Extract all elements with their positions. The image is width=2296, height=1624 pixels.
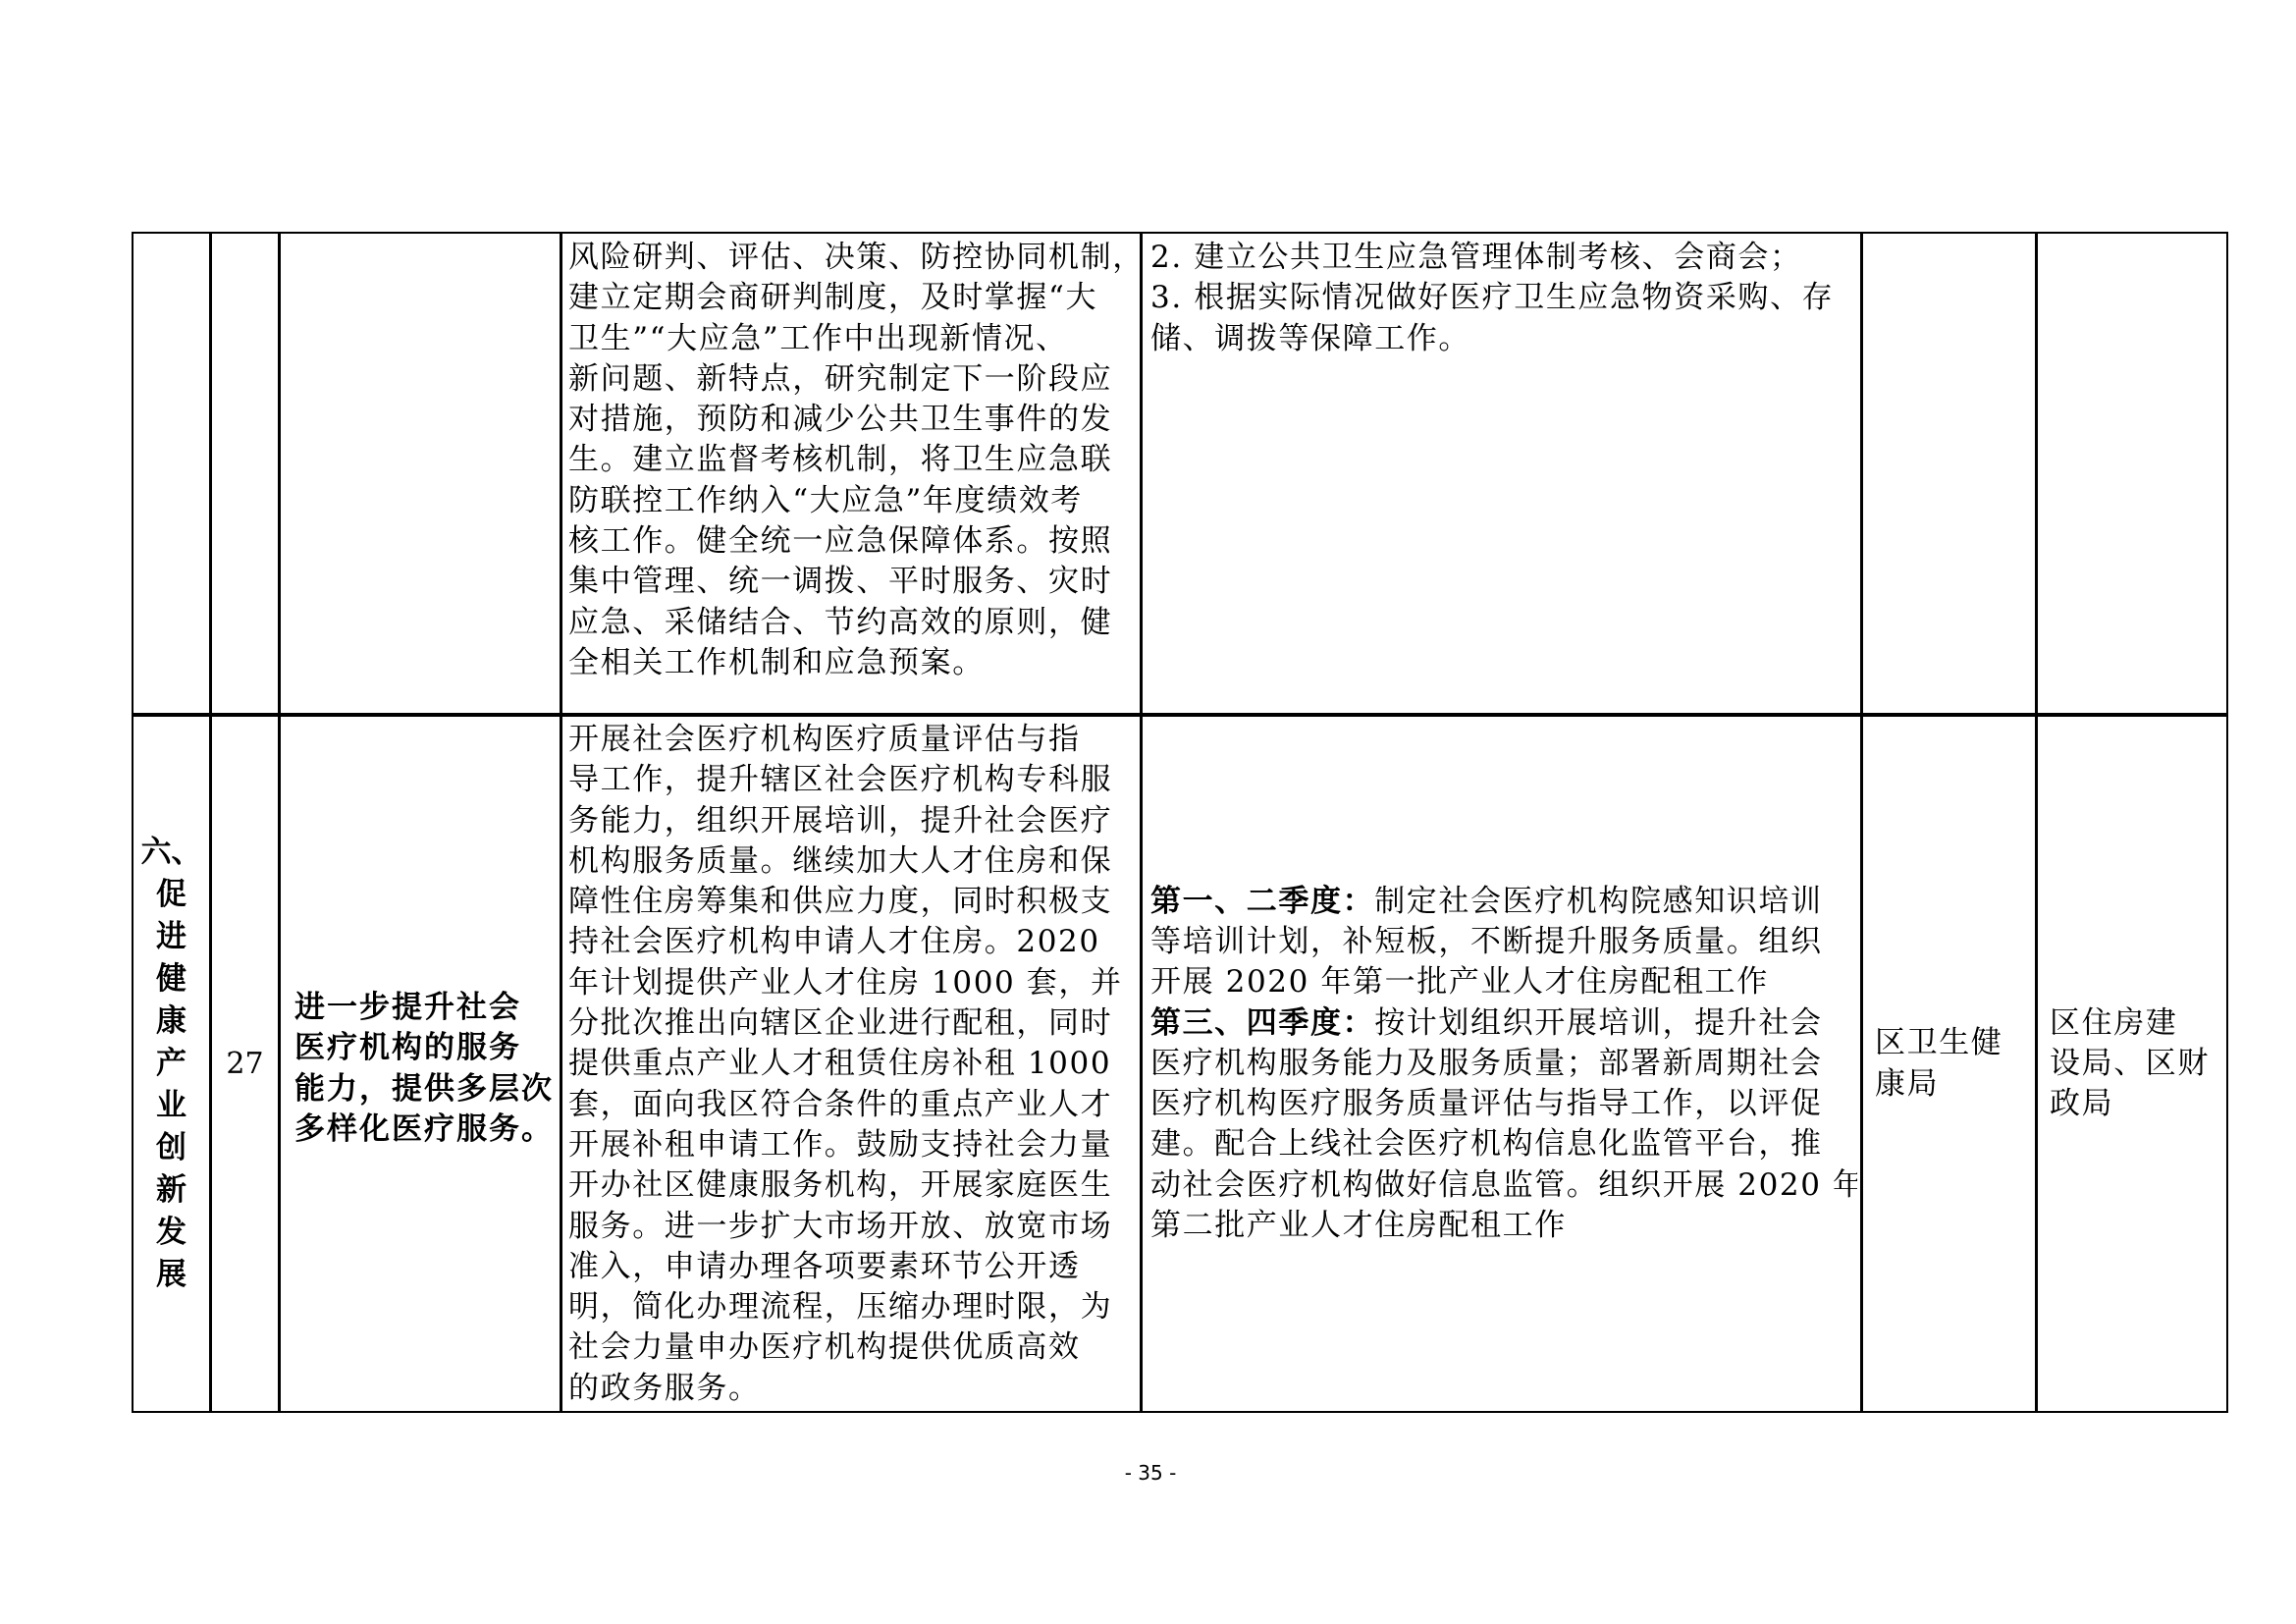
row2-task-cell: 进一步提升社会医疗机构的服务能力，提供多层次多样化医疗服务。	[281, 717, 560, 1411]
category-char: 六、	[141, 832, 202, 874]
measures-line: 障性住房筹集和供应力度，同时积极支	[568, 882, 1138, 922]
row2-category-cell: 六、促进健康产业创新发展	[133, 717, 209, 1411]
category-char: 康	[141, 1001, 202, 1043]
category-char: 产	[141, 1043, 202, 1085]
measures-line: 年计划提供产业人才住房 1000 套，并	[568, 963, 1138, 1003]
schedule-line: 医疗机构服务能力及服务质量；部署新周期社会	[1150, 1044, 1857, 1084]
lead-unit-line: 康局	[1875, 1064, 2002, 1105]
schedule-line: 动社会医疗机构做好信息监管。组织开展 2020 年	[1150, 1165, 1857, 1206]
measures-line: 准入，申请办理各项要素环节公开透	[568, 1247, 1138, 1287]
page-number: - 35 -	[1101, 1461, 1200, 1485]
schedule-line: 第二批产业人才住房配租工作	[1150, 1206, 1857, 1246]
measures-line: 防联控工作纳入“大应急”年度绩效考	[568, 481, 1138, 521]
measures-line: 对措施，预防和减少公共卫生事件的发	[568, 400, 1138, 440]
measures-line: 新问题、新特点，研究制定下一阶段应	[568, 359, 1138, 400]
item-number: 27	[226, 1047, 263, 1081]
measures-line: 开展补租申请工作。鼓励支持社会力量	[568, 1125, 1138, 1165]
task-line: 医疗机构的服务	[294, 1023, 554, 1063]
measures-line: 建立定期会商研判制度，及时掌握“大	[568, 278, 1138, 318]
measures-line: 集中管理、统一调拨、平时服务、灾时	[568, 562, 1138, 602]
row2-number-cell: 27	[212, 717, 278, 1411]
category-char: 促	[141, 874, 202, 916]
schedule-line: 储、调拨等保障工作。	[1150, 319, 1857, 359]
category-char: 新	[141, 1169, 202, 1212]
schedule-line: 2. 建立公共卫生应急管理体制考核、会商会；	[1150, 238, 1857, 278]
schedule-line: 3. 根据实际情况做好医疗卫生应急物资采购、存	[1150, 278, 1857, 318]
category-char: 健	[141, 958, 202, 1001]
category-label: 六、促进健康产业创新发展	[141, 832, 202, 1296]
document-page: 风险研判、评估、决策、防控协同机制，建立定期会商研判制度，及时掌握“大卫生”“大…	[0, 0, 2296, 1624]
row2-measures-cell: 开展社会医疗机构医疗质量评估与指导工作，提升辖区社会医疗机构专科服务能力，组织开…	[568, 720, 1138, 1411]
measures-line: 开展社会医疗机构医疗质量评估与指	[568, 720, 1138, 760]
task-line: 多样化医疗服务。	[294, 1105, 554, 1145]
measures-line: 导工作，提升辖区社会医疗机构专科服	[568, 760, 1138, 800]
work-plan-table: 风险研判、评估、决策、防控协同机制，建立定期会商研判制度，及时掌握“大卫生”“大…	[132, 232, 2228, 1412]
measures-line: 务能力，组织开展培训，提升社会医疗	[568, 801, 1138, 841]
category-char: 展	[141, 1254, 202, 1296]
measures-line: 风险研判、评估、决策、防控协同机制，	[568, 238, 1138, 278]
quarter-label: 第一、二季度：	[1150, 884, 1374, 919]
row2-coop-unit-cell: 区住房建设局、区财政局	[2038, 717, 2226, 1411]
coop-unit-line: 设局、区财	[2050, 1044, 2210, 1084]
category-char: 业	[141, 1085, 202, 1127]
schedule-line: 建。配合上线社会医疗机构信息化监管平台，推	[1150, 1124, 1857, 1164]
lead-unit-line: 区卫生健	[1875, 1023, 2002, 1063]
row2-lead-unit-cell: 区卫生健康局	[1863, 717, 2035, 1411]
measures-line: 提供重点产业人才租赁住房补租 1000	[568, 1044, 1138, 1084]
row1-schedule-cell: 2. 建立公共卫生应急管理体制考核、会商会；3. 根据实际情况做好医疗卫生应急物…	[1150, 238, 1857, 713]
measures-line: 社会力量申办医疗机构提供优质高效	[568, 1327, 1138, 1368]
measures-line: 开办社区健康服务机构，开展家庭医生	[568, 1165, 1138, 1206]
coop-unit-line: 政局	[2050, 1084, 2210, 1124]
row1-measures-cell: 风险研判、评估、决策、防控协同机制，建立定期会商研判制度，及时掌握“大卫生”“大…	[568, 238, 1138, 713]
coop-unit-line: 区住房建	[2050, 1003, 2210, 1044]
measures-line: 机构服务质量。继续加大人才住房和保	[568, 841, 1138, 882]
schedule-text: 第一、二季度：制定社会医疗机构院感知识培训等培训计划，补短板，不断提升服务质量。…	[1150, 882, 1857, 1247]
measures-line: 应急、采储结合、节约高效的原则，健	[568, 603, 1138, 643]
table-top-border	[132, 232, 2228, 234]
category-char: 发	[141, 1212, 202, 1254]
cooperating-unit: 区住房建设局、区财政局	[2038, 1003, 2210, 1125]
col-divider-4	[1140, 232, 1143, 1413]
schedule-line: 等培训计划，补短板，不断提升服务质量。组织	[1150, 922, 1857, 962]
quarter-label: 第三、四季度：	[1150, 1005, 1374, 1041]
task-title: 进一步提升社会医疗机构的服务能力，提供多层次多样化医疗服务。	[281, 983, 554, 1145]
task-line: 能力，提供多层次	[294, 1064, 554, 1105]
schedule-line: 第一、二季度：制定社会医疗机构院感知识培训	[1150, 882, 1857, 922]
measures-line: 核工作。健全统一应急保障体系。按照	[568, 521, 1138, 562]
schedule-line: 第三、四季度：按计划组织开展培训，提升社会	[1150, 1003, 1857, 1044]
measures-line: 卫生”“大应急”工作中出现新情况、	[568, 319, 1138, 359]
measures-line: 套，面向我区符合条件的重点产业人才	[568, 1085, 1138, 1125]
measures-line: 持社会医疗机构申请人才住房。2020	[568, 922, 1138, 962]
measures-line: 分批次推出向辖区企业进行配租，同时	[568, 1003, 1138, 1044]
category-char: 进	[141, 916, 202, 958]
row2-schedule-cell: 第一、二季度：制定社会医疗机构院感知识培训等培训计划，补短板，不断提升服务质量。…	[1150, 717, 1857, 1411]
schedule-line: 医疗机构医疗服务质量评估与指导工作，以评促	[1150, 1084, 1857, 1124]
lead-unit: 区卫生健康局	[1863, 1023, 2002, 1105]
table-right-border	[2226, 232, 2228, 1413]
measures-line: 服务。进一步扩大市场开放、放宽市场	[568, 1207, 1138, 1247]
measures-line: 全相关工作机制和应急预案。	[568, 643, 1138, 683]
measures-line: 生。建立监督考核机制，将卫生应急联	[568, 440, 1138, 480]
measures-line: 明，简化办理流程，压缩办理时限，为	[568, 1287, 1138, 1327]
schedule-line: 开展 2020 年第一批产业人才住房配租工作	[1150, 962, 1857, 1002]
measures-line: 的政务服务。	[568, 1369, 1138, 1409]
task-line: 进一步提升社会	[294, 983, 554, 1023]
category-char: 创	[141, 1127, 202, 1169]
table-bottom-border	[132, 1411, 2228, 1413]
col-divider-3	[560, 232, 562, 1413]
